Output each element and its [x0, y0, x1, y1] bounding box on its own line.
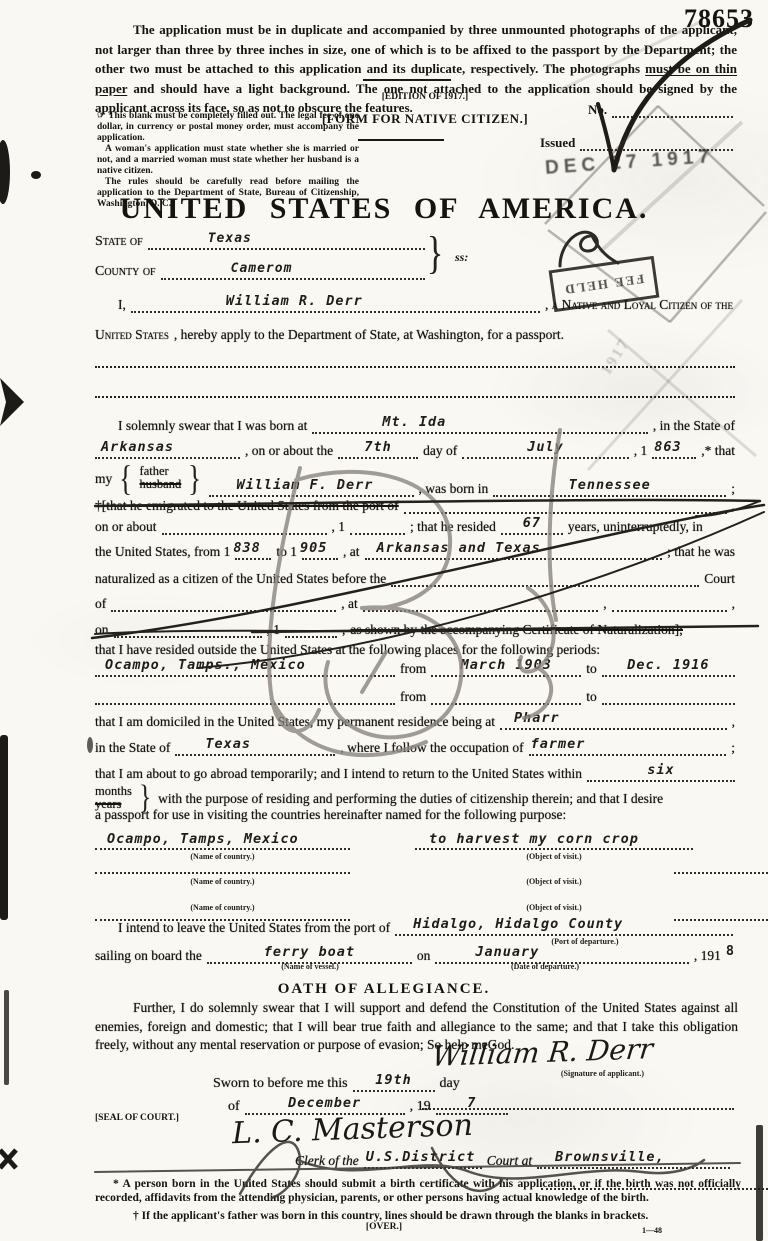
residence2-from-blank — [431, 687, 581, 705]
occupation-line: in the State of Texas , where I follow t… — [95, 738, 735, 756]
father-husband-stack: father husband — [140, 465, 182, 491]
within-value: six — [647, 762, 674, 779]
form-type-label: [FORM FOR NATIVE CITIZEN.] — [300, 111, 550, 127]
birthplace-value: Mt. Ida — [382, 414, 446, 431]
certificate-struck-text: as shown by the accompanying Certificate… — [350, 621, 683, 638]
date-received-stamp: DEC 27 1917 — [544, 146, 714, 180]
residence2-to-blank — [602, 687, 735, 705]
resided-at-blank: Arkansas and Texas — [365, 542, 663, 560]
uninterruptedly-text: years, uninterruptedly, in — [568, 518, 703, 535]
birth-day-blank: 7th — [338, 441, 418, 459]
naturalized-line: naturalized as a citizen of the United S… — [95, 569, 735, 587]
country2-label: (Name of country.) — [95, 877, 350, 886]
purpose-of-residing-text: with the purpose of residing and perform… — [158, 790, 663, 807]
emigrated-text: †[that he emigrated to the United States… — [95, 497, 399, 514]
port-text: I intend to leave the United States from… — [118, 919, 390, 936]
birth-year-value: 863 — [654, 439, 681, 456]
applicant-signature: William R. Derr — [430, 1032, 654, 1073]
semicolon-text: ; — [731, 480, 735, 497]
date-label: (Date of departure.) — [440, 962, 650, 971]
on-or-about2-text: on or about — [95, 518, 157, 535]
county-label: County of — [95, 263, 156, 280]
birth-date-line: Arkansas , on or about the 7th day of Ju… — [95, 441, 735, 459]
object2-label: (Object of visit.) — [415, 877, 693, 886]
residence1-to-blank: Dec. 1916 — [602, 659, 735, 677]
state-blank: Texas — [148, 232, 425, 250]
father-brace-open: { — [119, 460, 132, 496]
state-line: State of Texas — [95, 232, 425, 250]
that-text: ,* that — [701, 442, 735, 459]
comma2-text: , — [732, 595, 735, 612]
country1-blank: Ocampo, Tamps, Mexico — [95, 830, 350, 850]
blank-rule-1 — [95, 366, 735, 368]
naturalization-date-blank — [114, 620, 262, 638]
birth-day-value: 7th — [364, 439, 391, 456]
on-text: on — [95, 621, 109, 638]
domiciled-line: that I am domiciled in the United States… — [95, 712, 735, 730]
born-line: I solemnly swear that I was born at Mt. … — [118, 416, 735, 434]
court-text: Court — [704, 570, 735, 587]
page-title: UNITED STATES OF AMERICA. — [0, 192, 768, 226]
on-label: on — [417, 947, 431, 964]
comma3-text: , — [342, 621, 345, 638]
occupation-text: , where I follow the occupation of — [340, 739, 523, 756]
resided-years-blank: 67 — [501, 517, 563, 535]
dep-year-value: 8 — [726, 943, 735, 960]
from-year-blank: 838 — [235, 542, 271, 560]
i-label: I, — [118, 296, 126, 313]
birth-month-blank: July — [462, 441, 629, 459]
resided-outside-text: that I have resided outside the United S… — [95, 641, 600, 658]
port-blank: Hidalgo, Hidalgo County — [395, 918, 733, 936]
father-name-value: William F. Derr — [237, 477, 374, 494]
issued-label: Issued — [540, 134, 575, 151]
residence-row-1: Ocampo, Tamps., Mexico from March 1903 t… — [95, 659, 735, 677]
naturalized-text: naturalized as a citizen of the United S… — [95, 570, 386, 587]
to-label-2: to — [586, 688, 597, 705]
year2-prefix: , 1 — [332, 518, 346, 535]
sailing-text: sailing on board the — [95, 947, 202, 964]
day-text: day — [440, 1075, 460, 1092]
to-year-value: 905 — [300, 540, 327, 557]
intro-part1: The application must be in duplicate and… — [95, 22, 737, 76]
resided-period-line: the United States, from 1 838 to 1 905 ,… — [95, 542, 735, 560]
occupation-value: farmer — [531, 736, 586, 753]
court-extra-blank — [612, 594, 727, 612]
occupation-blank: farmer — [529, 738, 727, 756]
residence-value: Pharr — [514, 710, 560, 727]
year3-prefix: , 1 — [267, 621, 281, 638]
father-birthplace-value: Tennessee — [569, 477, 651, 494]
birthplace-blank: Mt. Ida — [312, 416, 648, 434]
resided-years-value: 67 — [523, 515, 541, 532]
vessel-label: (Name of vessel.) — [210, 962, 410, 971]
residence1-to: Dec. 1916 — [627, 657, 709, 674]
footnote-father: † If the applicant's father was born in … — [95, 1210, 741, 1222]
res-state-blank: Texas — [175, 738, 335, 756]
emigration-year-blank — [350, 517, 405, 535]
in-state-text: in the State of — [95, 739, 170, 756]
residence-row-2: from to — [95, 687, 735, 705]
my-text: my — [95, 470, 112, 487]
from-label-2: from — [400, 688, 426, 705]
court-type-value: U.S.District — [366, 1149, 476, 1166]
court-at-blank — [363, 594, 599, 612]
edition-label: [EDITION OF 1917.] — [330, 92, 520, 102]
applicant-name-blank: William R. Derr — [131, 295, 540, 313]
applicant-name: William R. Derr — [226, 293, 363, 310]
emigrated-line-struck: †[that he emigrated to the United States… — [95, 496, 735, 514]
occupation-semicolon: ; — [731, 739, 735, 756]
court-at-text: Court at — [487, 1152, 532, 1169]
on-or-about-text: , on or about the — [245, 442, 333, 459]
purpose-object-1: to harvest my corn crop — [415, 830, 693, 850]
to-year-blank: 905 — [302, 542, 338, 560]
domiciled-text: that I am domiciled in the United States… — [95, 713, 495, 730]
country3-label: (Name of country.) — [95, 903, 350, 912]
residence1-from: March 1903 — [461, 657, 552, 674]
father-brace-close: } — [188, 460, 201, 496]
father-name-blank: William F. Derr — [209, 479, 414, 497]
object1-label: (Object of visit.) — [415, 852, 693, 861]
port-line: I intend to leave the United States from… — [118, 918, 733, 936]
country2-blank — [95, 858, 350, 874]
state-value: Texas — [208, 230, 252, 247]
resided-at-value: Arkansas and Texas — [377, 540, 541, 557]
oath-title: OATH OF ALLEGIANCE. — [0, 981, 768, 998]
county-line: County of Camerom — [95, 262, 425, 280]
that-he-was-text: ; that he was — [667, 543, 735, 560]
emigrated-blank — [404, 496, 727, 514]
no-blank — [612, 100, 733, 118]
passport-use-text: a passport for use in visiting the count… — [95, 806, 566, 823]
us-from-text: the United States, from 1 — [95, 543, 230, 560]
birth-state-blank: Arkansas — [95, 441, 240, 459]
passport-application-document: 78653 The application must be in duplica… — [0, 0, 768, 1241]
fee-held-text: FEE HELD — [563, 270, 646, 297]
sworn-before-text: Sworn to before me this — [213, 1075, 348, 1092]
no-label: No. — [588, 101, 607, 118]
court-of-blank — [111, 594, 336, 612]
apply-line: United States, hereby apply to the Depar… — [95, 326, 735, 343]
footnote-birth-certificate: * A person born in the United States sho… — [95, 1178, 741, 1205]
venue-brace: } — [427, 230, 444, 276]
at2-text: , at — [341, 595, 358, 612]
edition-rule-bottom — [358, 139, 444, 141]
from-year-value: 838 — [233, 540, 260, 557]
father-line: my { father husband } William F. Derr , … — [95, 459, 735, 497]
residence2-place-blank — [95, 687, 395, 705]
port-value: Hidalgo, Hidalgo County — [413, 916, 623, 933]
birth-year-blank: 863 — [652, 441, 696, 459]
state-label: State of — [95, 233, 143, 250]
court-type-blank: U.S.District — [364, 1151, 482, 1169]
resided-outside-line: that I have resided outside the United S… — [95, 641, 735, 658]
clerk-title-line: Clerk of the U.S.District Court at Brown… — [295, 1151, 730, 1169]
edition-rule-top — [363, 79, 451, 81]
day-of-text: day of — [423, 442, 457, 459]
birth-month-value: July — [527, 439, 564, 456]
res-state-value: Texas — [205, 736, 251, 753]
of2-text: of — [228, 1098, 240, 1115]
county-blank: Camerom — [161, 262, 425, 280]
resided-years-line: on or about , 1 ; that he resided 67 yea… — [95, 517, 735, 535]
resided-text: ; that he resided — [410, 518, 496, 535]
applicant-signature-label: (Signature of applicant.) — [495, 1069, 710, 1078]
object2-blank — [674, 858, 768, 874]
passport-use-line: a passport for use in visiting the count… — [95, 806, 735, 823]
no-line: No. — [588, 100, 733, 118]
ss-label: ss: — [455, 250, 468, 265]
from-label-1: from — [400, 660, 426, 677]
emigrated-comma: , — [732, 497, 735, 514]
of-text: of — [95, 595, 106, 612]
country1-value: Ocampo, Tamps, Mexico — [107, 831, 299, 847]
vessel-value: ferry boat — [264, 944, 355, 961]
clerk-of-text: Clerk of the — [295, 1152, 359, 1169]
court-of-line: of , at , , — [95, 594, 735, 612]
certificate-line: on , 1 , as shown by the accompanying Ce… — [95, 620, 735, 638]
was-born-in-text: , was born in — [419, 480, 489, 497]
object3-label: (Object of visit.) — [415, 903, 693, 912]
print-code: 1—48 — [642, 1226, 662, 1235]
born-state-text: , in the State of — [653, 417, 735, 434]
comma1-text: , — [603, 595, 606, 612]
purpose-country-1: Ocampo, Tamps, Mexico — [95, 830, 350, 850]
court-place-value: Brownsville, — [555, 1149, 665, 1166]
naturalization-year-blank — [285, 620, 337, 638]
husband-option-struck: husband — [140, 478, 182, 491]
residence1-place: Ocampo, Tamps., Mexico — [105, 657, 306, 674]
to-year-prefix: to 1 — [276, 543, 297, 560]
court-place-blank: Brownsville, — [537, 1151, 730, 1169]
to-label-1: to — [586, 660, 597, 677]
object1-value: to harvest my corn crop — [429, 831, 639, 847]
father-birthplace-blank: Tennessee — [493, 479, 726, 497]
residence-blank: Pharr — [500, 712, 727, 730]
object1-blank: to harvest my corn crop — [415, 830, 693, 850]
year-prefix-text: , 1 — [634, 442, 648, 459]
birth-state-value: Arkansas — [101, 439, 174, 456]
domiciled-comma: , — [732, 713, 735, 730]
apply-rest: , hereby apply to the Department of Stat… — [174, 326, 564, 343]
date-value: January — [475, 944, 539, 961]
born-at-text: I solemnly swear that I was born at — [118, 417, 307, 434]
apply-us: United States — [95, 326, 169, 343]
county-value: Camerom — [231, 260, 293, 277]
sworn-before-line: Sworn to before me this 19th day — [213, 1074, 523, 1092]
dep-year-prefix: , 191 — [694, 947, 721, 964]
court-name-blank — [391, 569, 699, 587]
seal-of-court-label: [SEAL OF COURT.] — [95, 1113, 179, 1123]
clerk-signature: L. C. Masterson — [231, 1108, 473, 1151]
blank-rule-2 — [95, 396, 735, 398]
residence1-from-blank: March 1903 — [431, 659, 581, 677]
residence1-place-blank: Ocampo, Tamps., Mexico — [95, 659, 395, 677]
emigration-date-blank — [162, 517, 327, 535]
at-text: , at — [343, 543, 360, 560]
notice-p2: A woman's application must state whether… — [97, 144, 359, 177]
jurat-month-value: December — [288, 1095, 361, 1112]
jurat-day-value: 19th — [375, 1072, 412, 1089]
jurat-day-blank: 19th — [353, 1074, 435, 1092]
